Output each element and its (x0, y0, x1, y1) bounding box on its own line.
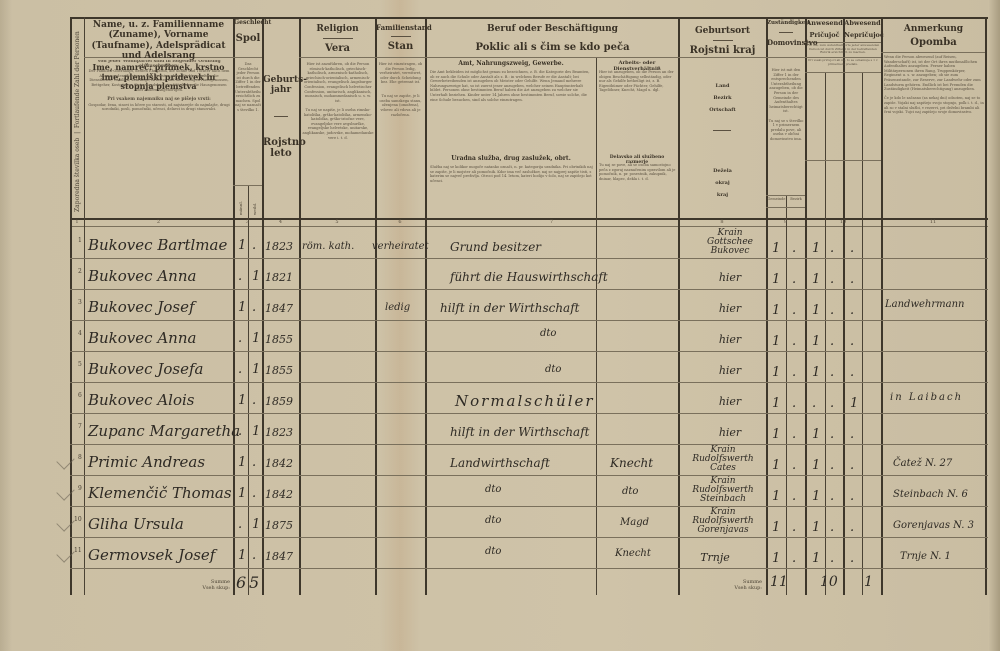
header-divider (805, 72, 881, 73)
column-number: 5 (299, 219, 375, 225)
present-mark: . (812, 396, 816, 411)
birth-year: 1855 (265, 364, 293, 377)
sex-female: 1 (252, 331, 260, 346)
domicile-community: 1 (772, 520, 780, 535)
family-status-col-instructions: Hier ist einzutragen, ob die Person ledi… (377, 62, 424, 212)
remark: Landwehrmann (885, 299, 964, 310)
column-number: 11 (881, 219, 985, 225)
row-number: 5 (78, 361, 82, 368)
column-number: 8 (678, 219, 766, 225)
present-mark: . (830, 396, 834, 411)
row-divider (70, 568, 988, 569)
person-name: Bukovec Alois (88, 391, 194, 409)
present-mark: 1 (812, 303, 820, 318)
present-mark: . (830, 458, 834, 473)
row-number: 4 (78, 330, 82, 337)
occupation: dto (485, 515, 501, 526)
col-border (70, 17, 72, 595)
sex-male: . (238, 362, 242, 377)
col-border (843, 17, 845, 595)
birthplace: Trnje (680, 553, 750, 562)
occupation: dto (485, 484, 501, 495)
present-mark: . (830, 241, 834, 256)
occupation-main-instructions-sl: Služba naj se kolikor mogoče natanko ozn… (430, 165, 594, 215)
birth-year: 1847 (265, 550, 293, 563)
column-number: 1 (70, 219, 84, 225)
column-number: 6 (375, 219, 425, 225)
birthplace: hier (695, 335, 765, 344)
occupation-main-subheader: Amt, Nahrungszweig, Gewerbe. (428, 61, 594, 68)
row-divider (70, 537, 988, 538)
header-divider (766, 57, 805, 58)
total-absent: 1 (864, 574, 873, 590)
row-divider (70, 413, 988, 414)
col-border (881, 17, 883, 595)
birth-year: 1823 (265, 426, 293, 439)
row-divider (70, 289, 988, 290)
occupation: dto (540, 328, 556, 339)
person-name: Bukovec Josefa (88, 360, 203, 378)
column-number: 10 (805, 219, 881, 225)
header-divider (299, 57, 375, 58)
birthplace: KrainGottscheeBukovec (695, 229, 765, 256)
person-name: Bukovec Josef (88, 298, 195, 316)
birth-year: 1821 (265, 271, 293, 284)
domicile-district: . (792, 489, 796, 504)
birthplace-sub-sl: Deželaokrajkraj (680, 165, 765, 201)
occupation-relation-instructions-sl: Tu naj se pove, ali se osoba samostojno … (599, 163, 676, 213)
domicile-community: 1 (772, 365, 780, 380)
occupation: dto (545, 364, 561, 375)
header-divider (233, 185, 262, 186)
row-number: 11 (74, 547, 82, 554)
name-header-de: Name, u. z. Familienname (Zuname), Vorna… (86, 20, 231, 61)
sex-male: 1 (238, 300, 246, 315)
row-number: 2 (78, 268, 82, 275)
family-status-col-header: Familienstand Stan (376, 24, 425, 53)
sex-female: 1 (252, 362, 260, 377)
total-male: 6 (236, 573, 246, 592)
birthplace: KrainRudolfswerthGorenjavas (680, 508, 766, 535)
row-number: 7 (78, 423, 82, 430)
birth-year: 1875 (265, 519, 293, 532)
header-divider (805, 57, 881, 58)
person-name: Bukovec Bartlmae (88, 236, 227, 254)
sex-female: . (252, 486, 256, 501)
row-number: 3 (78, 299, 82, 306)
occupation-main-instructions-de: Die Amt bekleiden ist möglichst genau zu… (430, 70, 594, 148)
presence-instructions-sl: Pri vsaki pričujoči ali ne, to se oznamu… (806, 59, 880, 71)
sex-female: 1 (252, 424, 260, 439)
domicile-district: . (792, 520, 796, 535)
religion: röm. kath. (302, 241, 354, 252)
presence-instructions-de: Für die, zum Aufenthaltsorte jeder anwes… (806, 44, 880, 56)
occupation: führt die Hauswirthschaft (450, 270, 608, 284)
sex-female: 1 (252, 269, 260, 284)
sex-male: 1 (238, 455, 246, 470)
column-number-row-border (70, 226, 988, 227)
family-status: verheiratet (372, 241, 429, 252)
sex-female: . (252, 300, 256, 315)
header-divider (678, 57, 766, 58)
occupation: hilft in der Wirthschaft (450, 425, 589, 439)
remarks-instructions: Wenn die Person abwesend (auf Reisen, Wa… (884, 55, 984, 215)
occupation: Grund besitzer (450, 240, 541, 254)
sex-male: . (238, 331, 242, 346)
birthplace: hier (695, 366, 765, 375)
header-divider (375, 57, 425, 58)
sex-male: 1 (238, 486, 246, 501)
absent-col-header: Abwesend Nepričujoč (844, 20, 881, 40)
row-number: 6 (78, 392, 82, 399)
col-border (299, 17, 301, 595)
birth-year: 1855 (265, 333, 293, 346)
remark: Steinbach N. 6 (893, 489, 968, 500)
present-mark: . (830, 303, 834, 318)
sex-female: . (252, 548, 256, 563)
sex-female: . (252, 393, 256, 408)
person-name: Bukovec Anna (88, 267, 196, 285)
domicile-community: 1 (772, 458, 780, 473)
sex-sub-female: weibl. (252, 203, 257, 215)
present-mark: . (830, 520, 834, 535)
occupation-col-header: Beruf oder Beschäftigung Poklic ali s či… (430, 24, 675, 54)
absent-mark: . (850, 427, 854, 442)
present-mark: . (830, 334, 834, 349)
header-divider (881, 52, 985, 53)
row-divider (70, 258, 988, 259)
present-mark: . (830, 489, 834, 504)
sex-male: . (238, 269, 242, 284)
column-number: 7 (425, 219, 678, 225)
column-number: 3 (233, 219, 262, 225)
margin-col-header: Zaporedna številka oseb | Fortlaufende Z… (74, 31, 81, 212)
sex-col-instructions: Das Geschlecht jeder Person ist durch di… (235, 62, 261, 182)
family-status: ledig (385, 302, 410, 313)
occupation-relation-instructions-de: Hier ist anzugeben, ob die Person an der… (599, 70, 676, 150)
sex-female: . (252, 238, 256, 253)
header-divider (766, 195, 805, 196)
domicile-community: 1 (772, 551, 780, 566)
present-mark: . (830, 365, 834, 380)
present-mark: 1 (812, 520, 820, 535)
row-number: 8 (78, 454, 82, 461)
sex-female: 1 (252, 517, 260, 532)
present-mark: 1 (812, 427, 820, 442)
birth-year: 1842 (265, 457, 293, 470)
present-col-header: Anwesend Pričujoč (806, 20, 843, 40)
occupation-main-subheader-sl: Uradna služba, drug zaslužek, obrt. (428, 156, 594, 163)
col-border (596, 57, 597, 595)
col-border (786, 195, 787, 595)
row-divider (70, 320, 988, 321)
header-divider (766, 207, 805, 208)
remark: Čatež N. 27 (893, 458, 952, 469)
col-border (425, 17, 427, 595)
paper-edge (988, 0, 1000, 651)
remark: Gorenjavas N. 3 (893, 520, 974, 531)
domicile-community: 1 (772, 489, 780, 504)
domicile-district: . (792, 365, 796, 380)
birthplace: KrainRudolfswerthSteinbach (680, 477, 766, 504)
row-divider (70, 444, 988, 445)
domicile-community: 1 (772, 272, 780, 287)
absent-mark: . (850, 458, 854, 473)
header-divider (425, 57, 678, 58)
totals-label-right: SummeVseh skup: (728, 579, 762, 591)
column-number: 4 (262, 219, 299, 225)
sex-col-header: Geschlecht Spol (234, 20, 262, 44)
religion-col-header: Religion Vera (300, 24, 375, 55)
domicile-community: 1 (772, 241, 780, 256)
absent-mark: . (850, 334, 854, 349)
col-border (805, 17, 807, 595)
domicile-community: 1 (772, 334, 780, 349)
occupation: dto (485, 546, 501, 557)
absent-mark: . (850, 365, 854, 380)
column-number: 9 (766, 219, 805, 225)
domicile-community: 1 (772, 303, 780, 318)
domicile-sub-district: Bezirk (787, 197, 805, 202)
domicile-district: . (792, 427, 796, 442)
person-name: Germovsek Josef (88, 546, 215, 564)
birthplace: hier (695, 428, 765, 437)
present-mark: 1 (812, 551, 820, 566)
col-border (985, 17, 987, 595)
totals-label-left: SummeVseh skup: (196, 579, 230, 591)
domicile-district: . (792, 551, 796, 566)
birth-year: 1847 (265, 302, 293, 315)
remarks-col-header: Anmerkung Opomba (882, 24, 985, 49)
birth-year: 1823 (265, 240, 293, 253)
birth-year: 1859 (265, 395, 293, 408)
col-border (248, 185, 249, 595)
occupation-relation: Magd (620, 517, 649, 528)
remark: in Laibach (890, 392, 963, 403)
sex-male: . (238, 517, 242, 532)
domicile-district: . (792, 334, 796, 349)
occupation: Landwirthschaft (450, 456, 550, 470)
birth-year: 1842 (265, 488, 293, 501)
sex-male: . (238, 424, 242, 439)
birthplace-col-header: Geburtsort Rojstni kraj (680, 26, 765, 57)
present-mark: 1 (812, 489, 820, 504)
present-mark: 1 (812, 365, 820, 380)
absent-mark: . (850, 272, 854, 287)
absent-mark: 1 (850, 396, 858, 411)
row-divider (70, 382, 988, 383)
absent-mark: . (850, 303, 854, 318)
occupation: hilft in der Wirthschaft (440, 301, 579, 315)
absent-mark: . (850, 241, 854, 256)
absent-mark: . (850, 520, 854, 535)
person-name: Gliha Ursula (88, 515, 184, 533)
row-divider (70, 475, 988, 476)
present-mark: . (830, 272, 834, 287)
domicile-district: . (792, 396, 796, 411)
row-number: 9 (78, 485, 82, 492)
person-name: Primic Andreas (88, 453, 205, 471)
birthplace-divider (713, 130, 731, 131)
domicile-community: 1 (772, 427, 780, 442)
sex-female: . (252, 455, 256, 470)
name-col-instructions: Von jeder Wohnpartei sind in folgender O… (88, 60, 230, 180)
present-mark: 1 (812, 241, 820, 256)
present-mark: 1 (812, 334, 820, 349)
person-name: Zupanc Margaretha (88, 422, 240, 440)
occupation-relation: dto (622, 486, 638, 497)
domicile-col-instructions: Hier ist mit den Ziffer 1 in der entspre… (768, 68, 804, 188)
domicile-district: . (792, 458, 796, 473)
col-border (862, 72, 863, 595)
domicile-sub-community: Gemeinde (767, 197, 786, 202)
birthplace: hier (695, 397, 765, 406)
total-female: 5 (249, 573, 259, 592)
person-name: Bukovec Anna (88, 329, 196, 347)
birthplace: hier (695, 273, 765, 282)
header-divider (233, 57, 262, 58)
birthplace: KrainRudolfswerthCates (680, 446, 766, 473)
row-number: 10 (74, 516, 82, 523)
present-mark: . (830, 551, 834, 566)
present-mark: . (830, 427, 834, 442)
sex-male: 1 (238, 548, 246, 563)
total-present: 10 (820, 574, 838, 590)
domicile-district: . (792, 272, 796, 287)
occupation: Normalschüler (455, 392, 595, 410)
birth-year-col-header: Geburts-jahr Rojstno leto (263, 75, 299, 160)
remark: Trnje N. 1 (900, 551, 951, 562)
domicile-district: . (792, 241, 796, 256)
row-divider (70, 506, 988, 507)
domicile-col-header: Zuständigkeit Domovinstvo (767, 20, 805, 47)
occupation-relation: Knecht (615, 548, 651, 559)
col-border (84, 17, 85, 595)
row-number: 1 (78, 237, 82, 244)
total-domicile: 11 (770, 574, 788, 590)
present-mark: 1 (812, 272, 820, 287)
birthplace: hier (695, 304, 765, 313)
col-border (825, 72, 826, 595)
absent-mark: . (850, 489, 854, 504)
birthplace-sub-de: LandBezirkOrtschaft (680, 80, 765, 116)
domicile-community: 1 (772, 396, 780, 411)
religion-col-instructions: Hier ist anzuführen, ob die Person römis… (302, 62, 374, 212)
domicile-district: . (792, 303, 796, 318)
person-name: Klemenčič Thomas (88, 484, 232, 502)
occupation-relation: Knecht (610, 456, 653, 470)
absent-mark: . (850, 551, 854, 566)
sex-male: 1 (238, 238, 246, 253)
column-number: 2 (84, 219, 233, 225)
sex-sub-male: männl. (238, 201, 243, 215)
present-mark: 1 (812, 458, 820, 473)
header-divider (805, 160, 881, 161)
sex-male: 1 (238, 393, 246, 408)
row-divider (70, 351, 988, 352)
